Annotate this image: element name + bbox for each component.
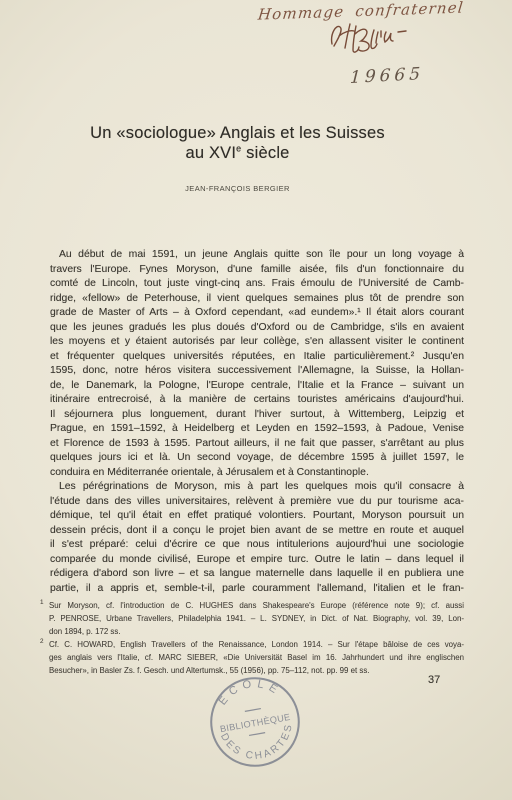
stamp-dash-bottom xyxy=(249,733,265,736)
text-line: démique, tel qu'il était en effet pratiq… xyxy=(50,509,464,524)
text-line: conduira en Méditerranée orientale, à Jé… xyxy=(50,466,464,481)
handwritten-signature xyxy=(326,20,410,54)
footnote-line: P. PENROSE, Urbane Travellers, Philadelp… xyxy=(49,612,464,625)
text-line: Au début de mai 1591, un jeune Anglais q… xyxy=(50,248,464,263)
article-body: Au début de mai 1591, un jeune Anglais q… xyxy=(50,248,464,596)
text-line: travers l'Europe. Fynes Moryson, d'une f… xyxy=(50,263,464,278)
text-line: 1595, donc, notre héros visitera success… xyxy=(50,364,464,379)
footnote-number: 1 xyxy=(40,599,44,606)
text-line: quelques jours ici et là. Un second voya… xyxy=(50,451,464,466)
footnote-line: Sur Moryson, cf. l'introduction de C. HU… xyxy=(49,599,464,612)
text-line: rédigera d'abord son livre – et sa langu… xyxy=(50,567,464,582)
article-title-line-1: Un «sociologue» Anglais et les Suisses xyxy=(20,123,455,143)
text-line: et Florence de 1593 à 1595. Partout aill… xyxy=(50,437,464,452)
stamp-dash-top xyxy=(245,709,261,712)
text-line: il s'est préparé: celui d'écrire ce que … xyxy=(50,538,464,553)
text-line: dessein précis, dont il a conçu le proje… xyxy=(50,524,464,539)
footnote-1: 1 Sur Moryson, cf. l'introduction de C. … xyxy=(49,599,464,638)
text-line: et fréquenter quelques universités réput… xyxy=(50,350,464,365)
text-line: comté de Lincoln, tout juste vingt-cinq … xyxy=(50,277,464,292)
text-line: ridge, «fellow» de Peterhouse, il vient … xyxy=(50,292,464,307)
text-line: Les pérégrinations de Moryson, mis à par… xyxy=(50,480,464,495)
text-line: grade de Master of Arts – à Oxford cepen… xyxy=(50,306,464,321)
article-header: Un «sociologue» Anglais et les Suisses a… xyxy=(20,123,455,193)
library-stamp: ECOLE BIBLIOTHÈQUE DES CHARTES xyxy=(190,657,320,787)
text-line: Prague, en 1591–1592, à Heidelberg et Le… xyxy=(50,422,464,437)
text-line: partie, il a appris et, semble-t-il, par… xyxy=(50,582,464,597)
handwritten-inventory-number: 19665 xyxy=(350,64,425,88)
text-line: les moyens et y étaient autorisés par le… xyxy=(50,335,464,350)
footnote-line: ges anglais vers l'Italie, cf. MARC SIEB… xyxy=(49,651,464,664)
footnote-line: don 1894, p. 172 ss. xyxy=(49,625,464,638)
text-line: Il séjournera plus longuement, durant l'… xyxy=(50,408,464,423)
footnote-line: Cf. C. HOWARD, English Travellers of the… xyxy=(49,638,464,651)
text-line: l'étude dans des villes universitaires, … xyxy=(50,495,464,510)
text-line: de, le Danemark, la Pologne, l'Europe ce… xyxy=(50,379,464,394)
scanned-document-page: Hommage confraternel 19665 Un «sociologu… xyxy=(0,0,512,800)
author-name: JEAN-FRANÇOIS BERGIER xyxy=(20,184,455,193)
article-title-line-2: au XVIe siècle xyxy=(20,143,455,163)
text-line: que les jeunes gradués les plus doués d'… xyxy=(50,321,464,336)
stamp-middle-text: BIBLIOTHÈQUE xyxy=(219,712,291,734)
text-line: comparée du monde civilisé, Europe et em… xyxy=(50,553,464,568)
text-line: itinéraire entrecroisé, à la manière de … xyxy=(50,393,464,408)
footnote-number: 2 xyxy=(40,638,44,645)
page-number: 37 xyxy=(428,674,440,686)
title-line-2-pre: au XVI xyxy=(185,144,236,162)
title-line-2-post: siècle xyxy=(241,144,289,162)
